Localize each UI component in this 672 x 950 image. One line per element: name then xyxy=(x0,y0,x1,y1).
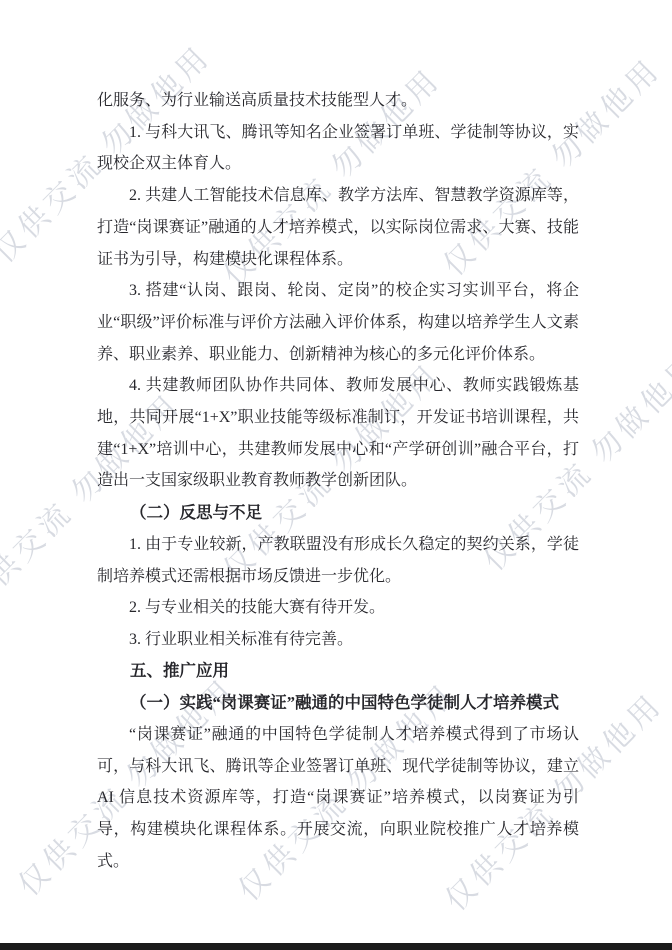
paragraph-continuation: 化服务、为行业输送高质量技术技能型人才。 xyxy=(97,85,579,117)
subsection-heading: （一）实践“岗课赛证”融通的中国特色学徒制人才培养模式 xyxy=(97,687,579,719)
paragraph: 2. 与专业相关的技能大赛有待开发。 xyxy=(97,592,579,624)
paragraph: 1. 与科大讯飞、腾讯等知名企业签署订单班、学徒制等协议，实现校企双主体育人。 xyxy=(97,117,579,180)
paragraph: 1. 由于专业较新，产教联盟没有形成长久稳定的契约关系，学徒制培养模式还需根据市… xyxy=(97,529,579,592)
subsection-heading: （二）反思与不足 xyxy=(97,497,579,529)
document-page: 仅供交流 勿做他用 仅供交流 勿做他用 仅供交流 勿做他用 仅供交流 勿做他用 … xyxy=(0,0,672,950)
bottom-edge-bar xyxy=(0,943,672,950)
paragraph: 2. 共建人工智能技术信息库、教学方法库、智慧教学资源库等，打造“岗课赛证”融通… xyxy=(97,180,579,275)
document-body: 化服务、为行业输送高质量技术技能型人才。 1. 与科大讯飞、腾讯等知名企业签署订… xyxy=(97,85,579,878)
paragraph: 4. 共建教师团队协作共同体、教师发展中心、教师实践锻炼基地，共同开展“1+X”… xyxy=(97,370,579,497)
paragraph: 3. 搭建“认岗、跟岗、轮岗、定岗”的校企实习实训平台，将企业“职级”评价标准与… xyxy=(97,275,579,370)
paragraph: “岗课赛证”融通的中国特色学徒制人才培养模式得到了市场认可，与科大讯飞、腾讯等企… xyxy=(97,719,579,878)
section-heading: 五、推广应用 xyxy=(97,656,579,688)
paragraph: 3. 行业职业相关标准有待完善。 xyxy=(97,624,579,656)
